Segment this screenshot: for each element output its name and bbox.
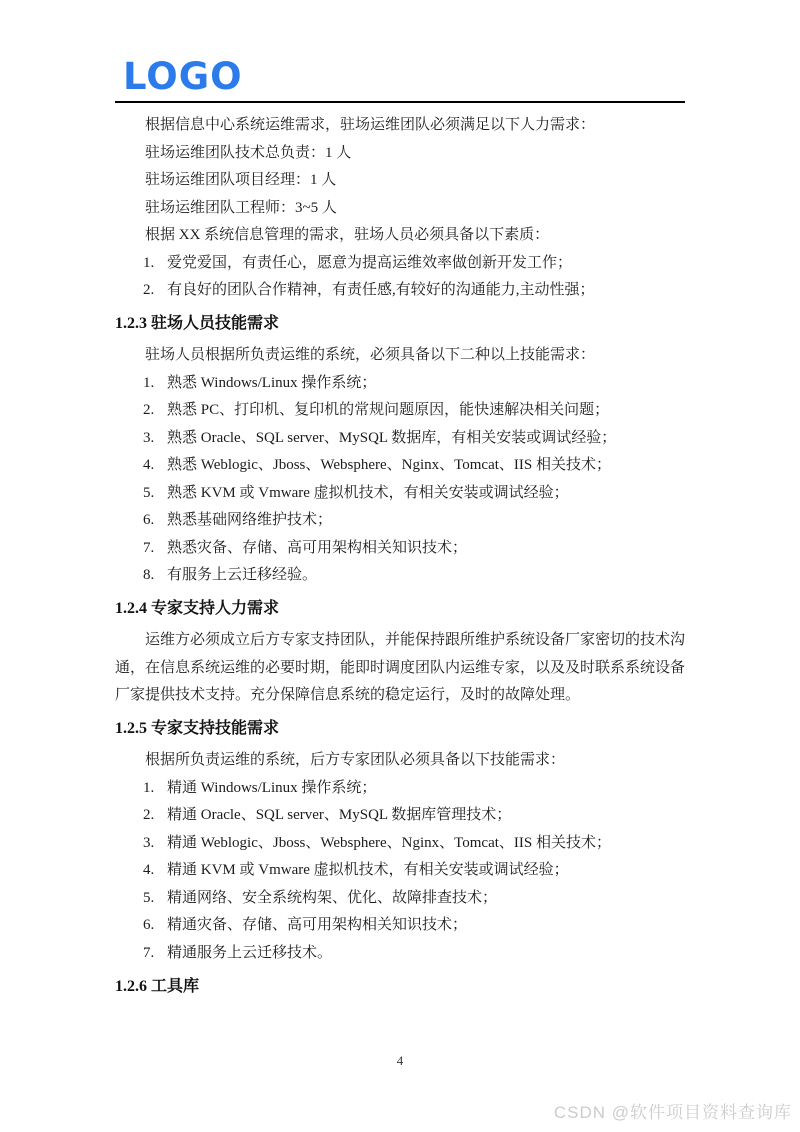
list-item: 7.精通服务上云迁移技术。 [115,940,685,968]
list-item: 7.熟悉灾备、存储、高可用架构相关知识技术； [115,535,685,563]
list-item-text: 熟悉 Weblogic、Jboss、Websphere、Nginx、Tomcat… [167,457,611,473]
list-item: 3.精通 Weblogic、Jboss、Websphere、Nginx、Tomc… [115,830,685,858]
list-item: 8.有服务上云迁移经验。 [115,562,685,590]
list-item-text: 熟悉 Oracle、SQL server、MySQL 数据库，有相关安装或调试经… [167,430,616,446]
list-item: 2.有良好的团队合作精神，有责任感,有较好的沟通能力,主动性强； [115,277,685,305]
list-item-text: 精通 Windows/Linux 操作系统； [167,780,376,796]
list-item-number: 4. [143,857,167,885]
list-item-number: 7. [143,940,167,968]
list-item-number: 7. [143,535,167,563]
list-item-number: 1. [143,370,167,398]
list-item: 5.熟悉 KVM 或 Vmware 虚拟机技术，有相关安装或调试经验； [115,480,685,508]
paragraph: 运维方必须成立后方专家支持团队，并能保持跟所维护系统设备厂家密切的技术沟通，在信… [115,627,685,710]
list-item-text: 精通网络、安全系统构架、优化、故障排查技术； [167,890,497,906]
list-item: 4.精通 KVM 或 Vmware 虚拟机技术，有相关安装或调试经验； [115,857,685,885]
list-item-number: 4. [143,452,167,480]
list-item-number: 5. [143,480,167,508]
list-item: 6.熟悉基础网络维护技术； [115,507,685,535]
document-page: LOGO 根据信息中心系统运维需求，驻场运维团队必须满足以下人力需求：驻场运维团… [0,0,800,1132]
list-item: 1.精通 Windows/Linux 操作系统； [115,775,685,803]
section-heading: 1.2.3 驻场人员技能需求 [115,312,685,336]
list-item-text: 精通服务上云迁移技术。 [167,945,332,961]
list-item-number: 1. [143,775,167,803]
list-item-number: 3. [143,425,167,453]
list-item: 1.熟悉 Windows/Linux 操作系统； [115,370,685,398]
list-item-text: 精通 Weblogic、Jboss、Websphere、Nginx、Tomcat… [167,835,611,851]
list-item-text: 有服务上云迁移经验。 [167,567,317,583]
list-item-number: 1. [143,250,167,278]
list-item-text: 精通灾备、存储、高可用架构相关知识技术； [167,917,467,933]
list-item-text: 熟悉灾备、存储、高可用架构相关知识技术； [167,540,467,556]
document-body: 根据信息中心系统运维需求，驻场运维团队必须满足以下人力需求：驻场运维团队技术总负… [115,112,685,1005]
list-item-text: 爱党爱国，有责任心，愿意为提高运维效率做创新开发工作； [167,255,572,271]
list-item: 1.爱党爱国，有责任心，愿意为提高运维效率做创新开发工作； [115,250,685,278]
paragraph: 驻场运维团队工程师：3~5 人 [115,195,685,223]
list-item: 6.精通灾备、存储、高可用架构相关知识技术； [115,912,685,940]
list-item-text: 有良好的团队合作精神，有责任感,有较好的沟通能力,主动性强； [167,282,595,298]
list-item-text: 熟悉 Windows/Linux 操作系统； [167,375,376,391]
list-item-text: 精通 Oracle、SQL server、MySQL 数据库管理技术； [167,807,511,823]
paragraph: 根据所负责运维的系统，后方专家团队必须具备以下技能需求： [115,747,685,775]
list-item-number: 3. [143,830,167,858]
paragraph: 根据信息中心系统运维需求，驻场运维团队必须满足以下人力需求： [115,112,685,140]
list-item-number: 2. [143,397,167,425]
list-item: 3.熟悉 Oracle、SQL server、MySQL 数据库，有相关安装或调… [115,425,685,453]
list-item-number: 2. [143,802,167,830]
list-item: 2.精通 Oracle、SQL server、MySQL 数据库管理技术； [115,802,685,830]
list-item: 5.精通网络、安全系统构架、优化、故障排查技术； [115,885,685,913]
list-item: 2.熟悉 PC、打印机、复印机的常规问题原因，能快速解决相关问题； [115,397,685,425]
list-item-text: 熟悉 PC、打印机、复印机的常规问题原因，能快速解决相关问题； [167,402,609,418]
list-item-number: 2. [143,277,167,305]
paragraph: 驻场人员根据所负责运维的系统，必须具备以下二种以上技能需求： [115,342,685,370]
header-rule [115,101,685,103]
list-item: 4.熟悉 Weblogic、Jboss、Websphere、Nginx、Tomc… [115,452,685,480]
section-heading: 1.2.6 工具库 [115,975,685,999]
list-item-number: 5. [143,885,167,913]
list-item-text: 精通 KVM 或 Vmware 虚拟机技术，有相关安装或调试经验； [167,862,569,878]
section-heading: 1.2.4 专家支持人力需求 [115,597,685,621]
logo: LOGO [123,58,243,96]
page-number: 4 [0,1053,800,1069]
list-item-text: 熟悉基础网络维护技术； [167,512,332,528]
paragraph: 驻场运维团队技术总负责：1 人 [115,140,685,168]
section-heading: 1.2.5 专家支持技能需求 [115,717,685,741]
list-item-number: 6. [143,507,167,535]
list-item-number: 8. [143,562,167,590]
paragraph: 根据 XX 系统信息管理的需求，驻场人员必须具备以下素质： [115,222,685,250]
watermark: CSDN @软件项目资料查询库 [554,1098,792,1123]
list-item-text: 熟悉 KVM 或 Vmware 虚拟机技术，有相关安装或调试经验； [167,485,569,501]
paragraph: 驻场运维团队项目经理：1 人 [115,167,685,195]
list-item-number: 6. [143,912,167,940]
